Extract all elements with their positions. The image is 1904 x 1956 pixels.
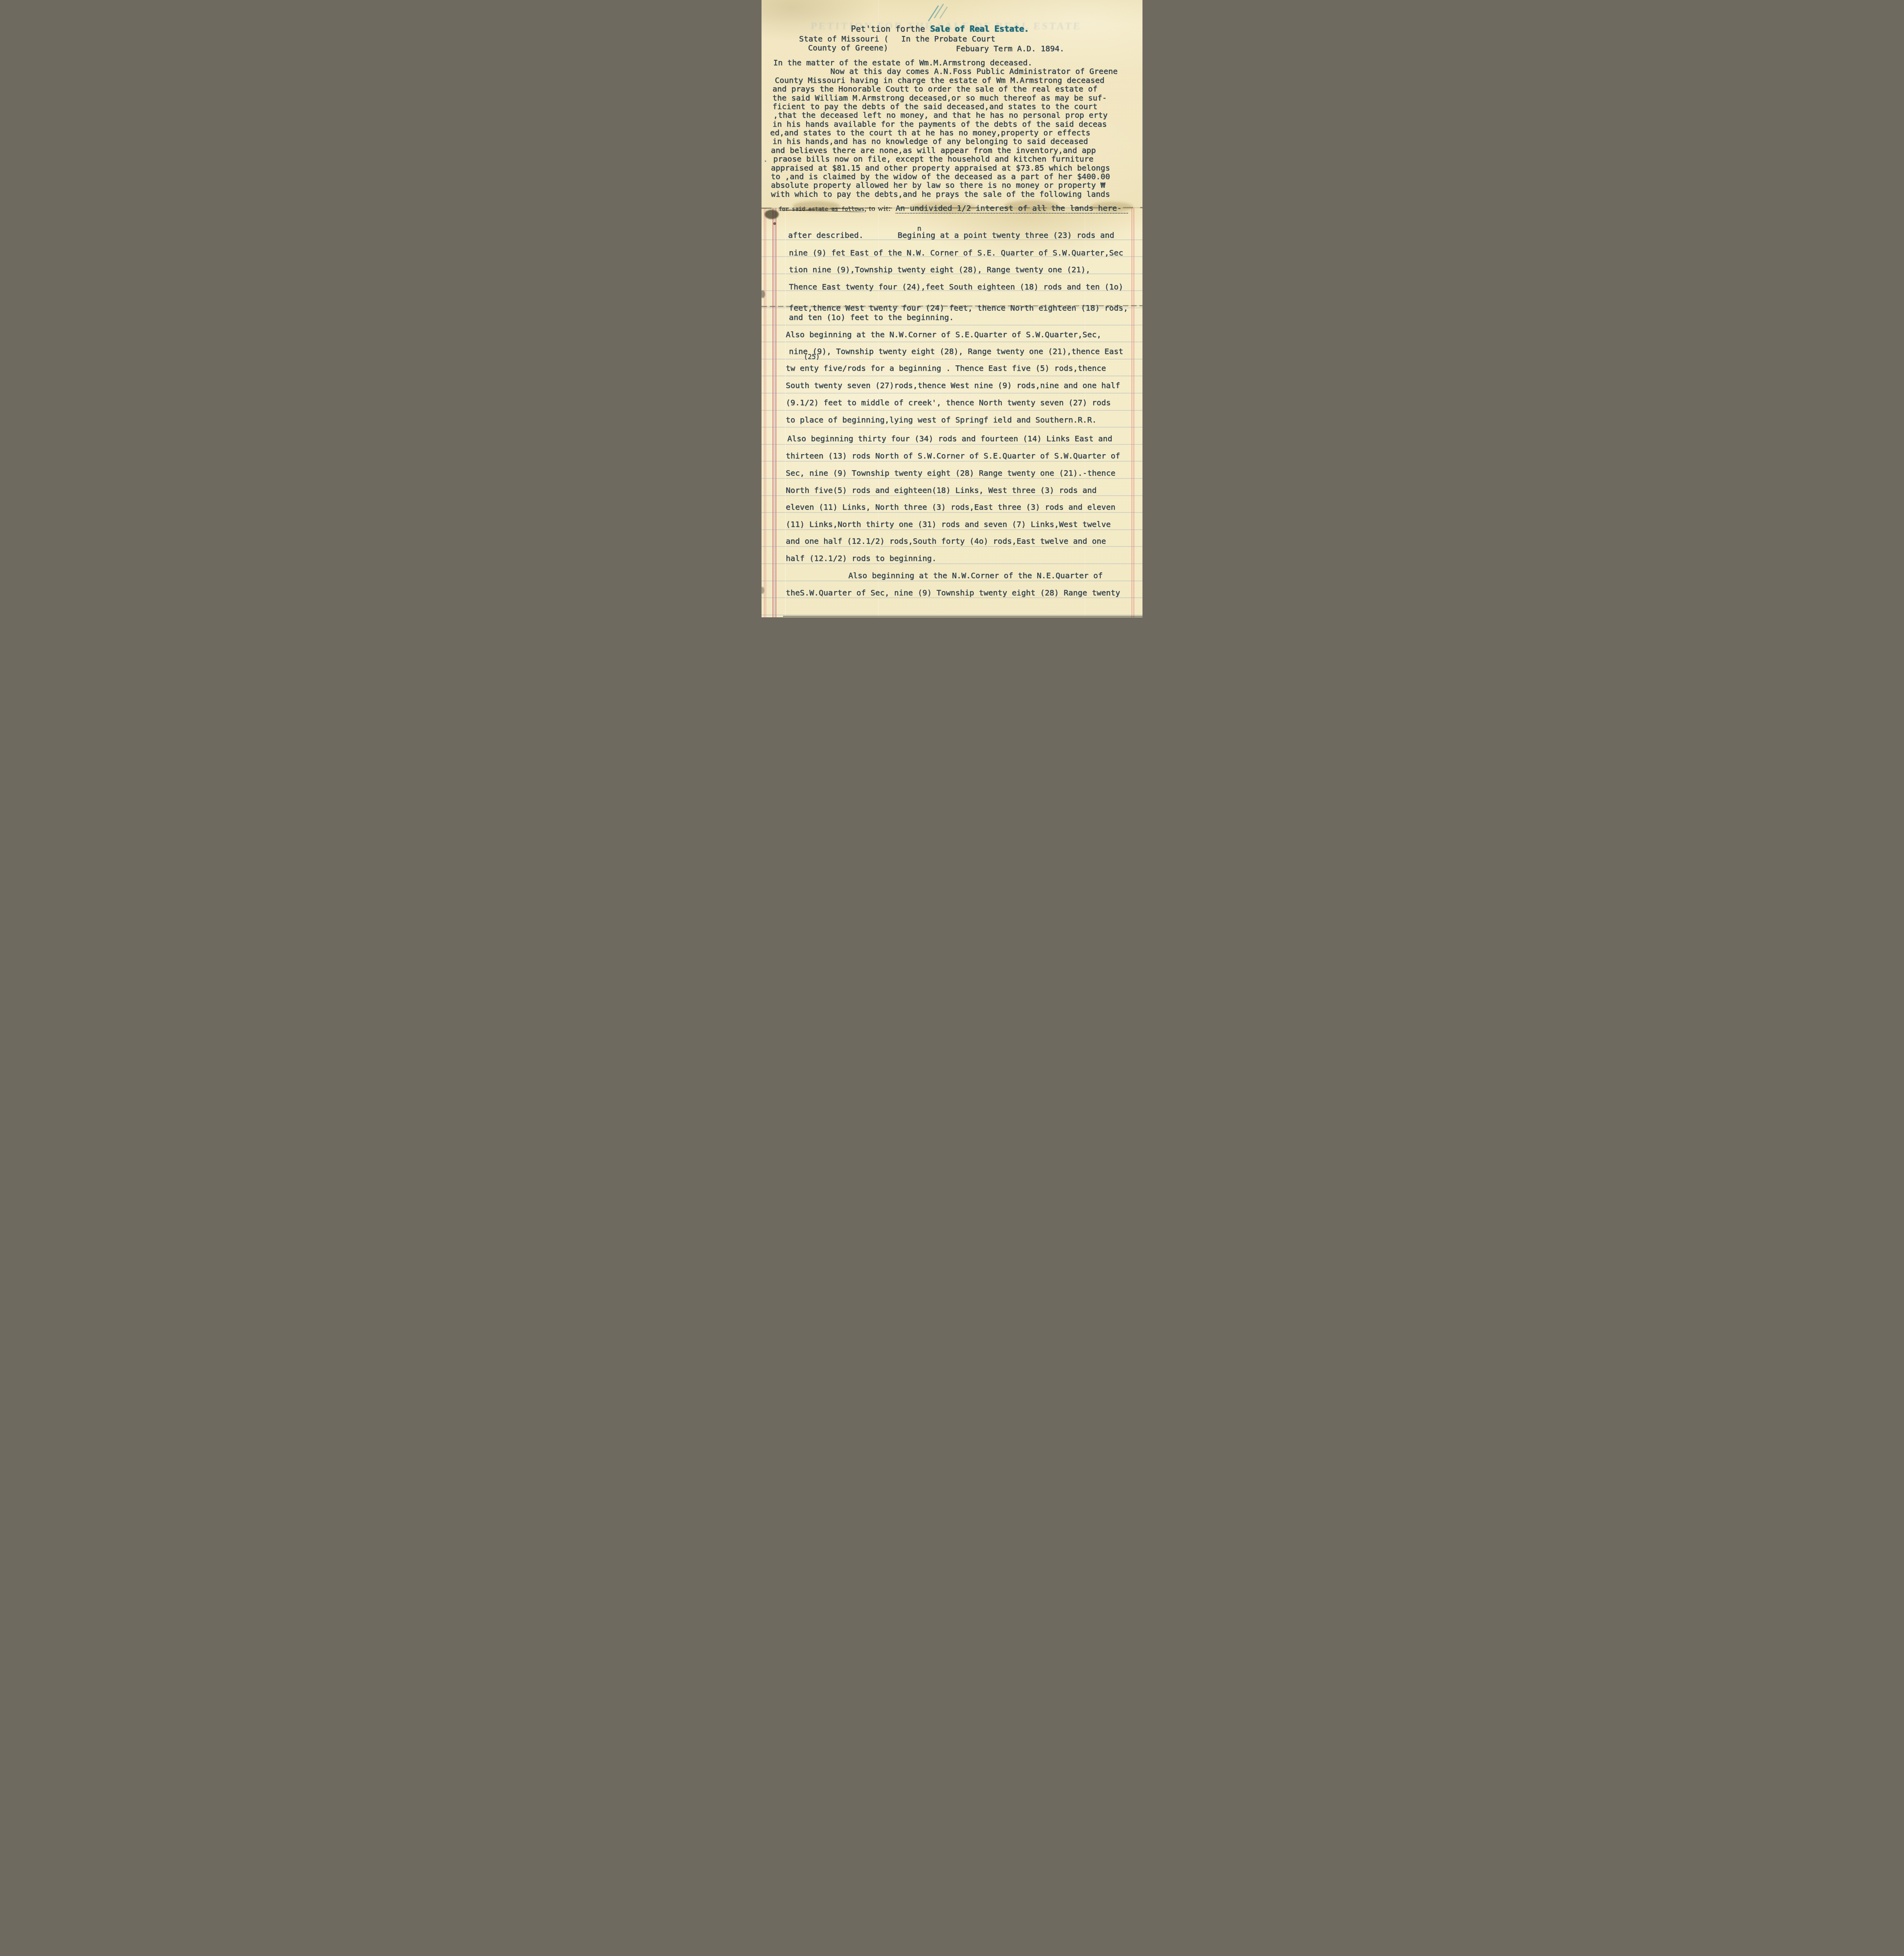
petition-line: ,that the deceased left no money, and th… [773,111,1108,120]
petition-line: appraised at $81.15 and other property a… [771,164,1110,173]
petition-line: with which to pay the debts,and he prays… [771,190,1110,199]
legal-line: South twenty seven (27)rods,thence West … [786,381,1120,390]
bottom-edge-shadow [783,616,1142,617]
left-margin-red-line-2 [776,208,776,617]
legal-line: half (12.1/2) rods to beginning. [786,554,936,563]
ink-drip-dot [773,222,776,225]
petition-line: to ,and is claimed by the widow of the d… [771,172,1110,181]
title-emphasis: Sale of Real Estate. [930,24,1029,34]
petition-line: in his hands available for the payments … [772,120,1107,129]
left-margin-red-line-1 [772,208,773,617]
right-margin-red-line-1 [1132,208,1132,617]
legal-line: Also beginning at the N.W.Corner of S.E.… [786,330,1101,339]
struck-text: for said estate as follows [779,205,864,214]
legal-line: and ten (1o) feet to the beginning. [789,313,954,322]
legal-line: Also beginning at the N.W.Corner of the … [848,571,1103,580]
legal-line: and one half (12.1/2) rods,South forty (… [786,537,1106,546]
legal-line: to place of beginning,lying west of Spri… [786,415,1097,424]
preprinted-to-wit: , to wit: [864,204,891,213]
petition-line: ficient to pay the debts of the said dec… [772,102,1097,111]
petition-line: the said William M.Armstrong deceased,or… [772,93,1107,102]
petition-line: and believes there are none,as will appe… [771,146,1096,155]
scanned-document-page: PETITION FOR THE SALE OF REAL ESTATE Pet… [762,0,1142,617]
legal-line: Thence East twenty four (24),feet South … [789,282,1123,291]
amended-clause-line: for said estate as follows, to wit: An u… [779,204,1128,214]
legal-line: theS.W.Quarter of Sec, nine (9) Township… [786,588,1120,597]
typed-addition: An undivided 1/2 interest of all the lan… [896,204,1128,214]
petition-line: ed,and states to the court th at he has … [770,128,1090,137]
legal-line: nine (9), Township twenty eight (28), Ra… [789,347,1123,356]
left-edge-red-line-1 [764,208,765,617]
caption-county: County of Greene) [808,43,888,52]
legal-line: Begining at a point twenty three (23) ro… [898,231,1114,240]
legal-line: eleven (11) Links, North three (3) rods,… [786,503,1115,512]
petition-line: County Missouri having in charge the est… [775,76,1105,85]
stray-speck [765,160,766,162]
legal-line: Also beginning thirty four (34) rods and… [787,434,1112,443]
petition-line: In the matter of the estate of Wm.M.Arms… [773,58,1032,67]
legal-line: after described. [788,231,864,240]
legal-line: (11) Links,North thirty one (31) rods an… [786,520,1111,529]
legal-line: tion nine (9),Township twenty eight (28)… [789,265,1090,274]
ink-blot-left-margin [765,210,779,219]
title-prefix: Pet'tion forthe [851,24,930,34]
caption-court: In the Probate Court [901,34,995,43]
legal-line: thirteen (13) rods North of S.W.Corner o… [786,451,1120,460]
petition-line: in his hands,and has no knowledge of any… [772,137,1088,146]
legal-line: (9.1/2) feet to middle of creek', thence… [786,398,1111,407]
petition-line: and prays the Honorable Coutt to order t… [772,84,1097,93]
right-margin-red-line-2 [1133,208,1134,617]
legal-line: tw enty five/rods for a beginning . Then… [786,364,1106,373]
inserted-letter-n: n [917,225,921,233]
petition-line: absolute property allowed her by law so … [771,181,1105,190]
legal-line: North five(5) rods and eighteen(18) Link… [786,486,1097,495]
caption-state: State of Missouri ( [799,34,889,43]
left-edge-red-line-2 [765,208,766,617]
legal-line: Sec, nine (9) Township twenty eight (28)… [786,469,1115,478]
petition-line: Now at this day comes A.N.Foss Public Ad… [830,67,1118,76]
legal-line: feet,thence West twenty four (24) feet, … [789,304,1128,313]
inserted-twenty-five: (25) [804,353,820,361]
petition-line: praose bills now on file, except the hou… [773,155,1094,164]
caption-term: Febuary Term A.D. 1894. [956,44,1064,53]
legal-line: nine (9) fet East of the N.W. Corner of … [789,248,1123,257]
